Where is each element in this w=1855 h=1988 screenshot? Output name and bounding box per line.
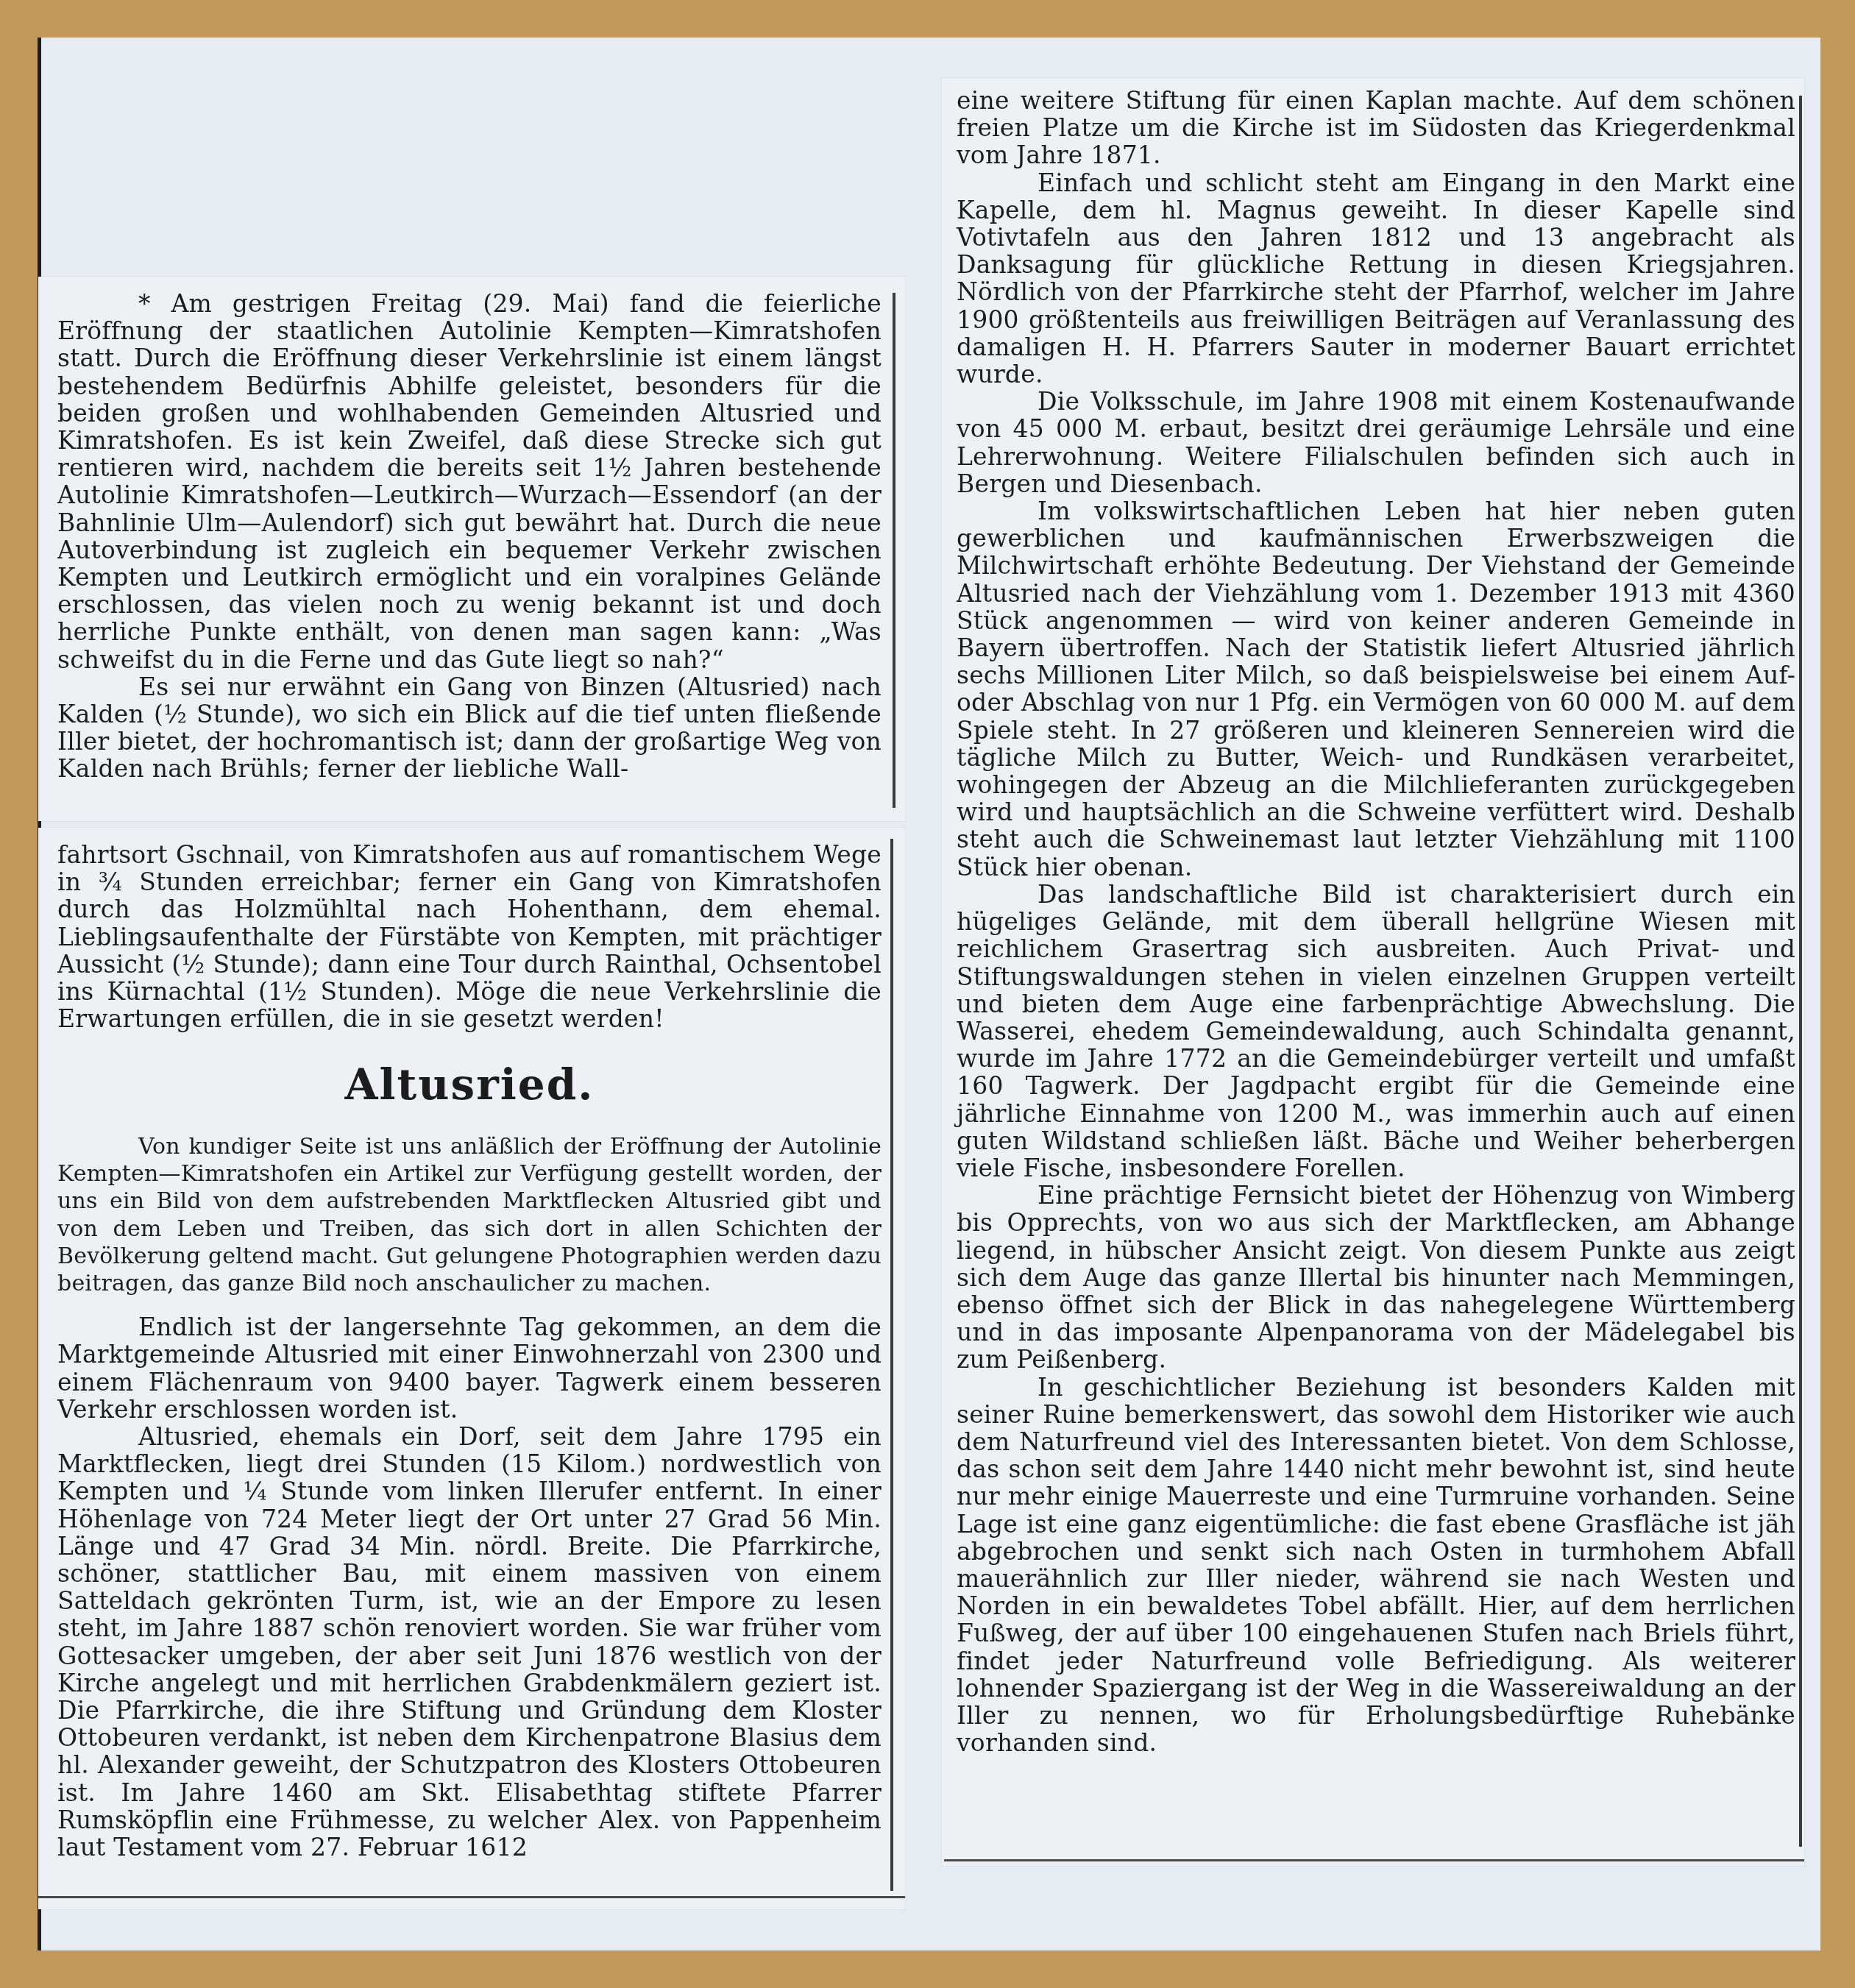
article-paragraph: In geschichtlicher Beziehung ist besonde… bbox=[957, 1374, 1795, 1757]
article-paragraph: Eine prächtige Fernsicht bietet der Höhe… bbox=[957, 1182, 1795, 1373]
notice-continuation: fahrtsort Gschnail, von Kimratshofen aus… bbox=[57, 841, 882, 1032]
article-paragraph: Altusried, ehemals ein Dorf, seit dem Ja… bbox=[57, 1423, 882, 1861]
column-rule bbox=[893, 293, 895, 808]
article-paragraph: Im volkswirtschaftlichen Leben hat hier … bbox=[957, 497, 1795, 881]
article-paragraph: Das landschaftliche Bild ist charakteris… bbox=[957, 881, 1795, 1182]
article-headline: Altusried. bbox=[57, 1059, 882, 1110]
column-rule bbox=[890, 839, 893, 1891]
article-intro: Von kundiger Seite ist uns anläßlich der… bbox=[57, 1133, 882, 1297]
notice-paragraph: * Am gestrigen Freitag (29. Mai) fand di… bbox=[57, 290, 882, 673]
article-paragraph: Endlich ist der langersehnte Tag gekomme… bbox=[57, 1313, 882, 1423]
clipping-edge bbox=[944, 1859, 1804, 1861]
article-left-column: Von kundiger Seite ist uns anläßlich der… bbox=[57, 1133, 882, 1861]
article-right-column: eine weitere Stiftung für einen Kaplan m… bbox=[957, 87, 1795, 1756]
notice-paragraph: Es sei nur erwähnt ein Gang von Binzen (… bbox=[57, 673, 882, 783]
notice-continuation-text: fahrtsort Gschnail, von Kimratshofen aus… bbox=[57, 841, 882, 1032]
notice-text: * Am gestrigen Freitag (29. Mai) fand di… bbox=[57, 290, 882, 783]
article-paragraph: Einfach und schlicht steht am Eingang in… bbox=[957, 169, 1795, 388]
column-rule bbox=[1799, 96, 1802, 1847]
article-paragraph: eine weitere Stiftung für einen Kaplan m… bbox=[957, 87, 1795, 169]
article-paragraph: Die Volksschule, im Jahre 1908 mit einem… bbox=[957, 388, 1795, 497]
clipping-edge bbox=[38, 1896, 905, 1898]
